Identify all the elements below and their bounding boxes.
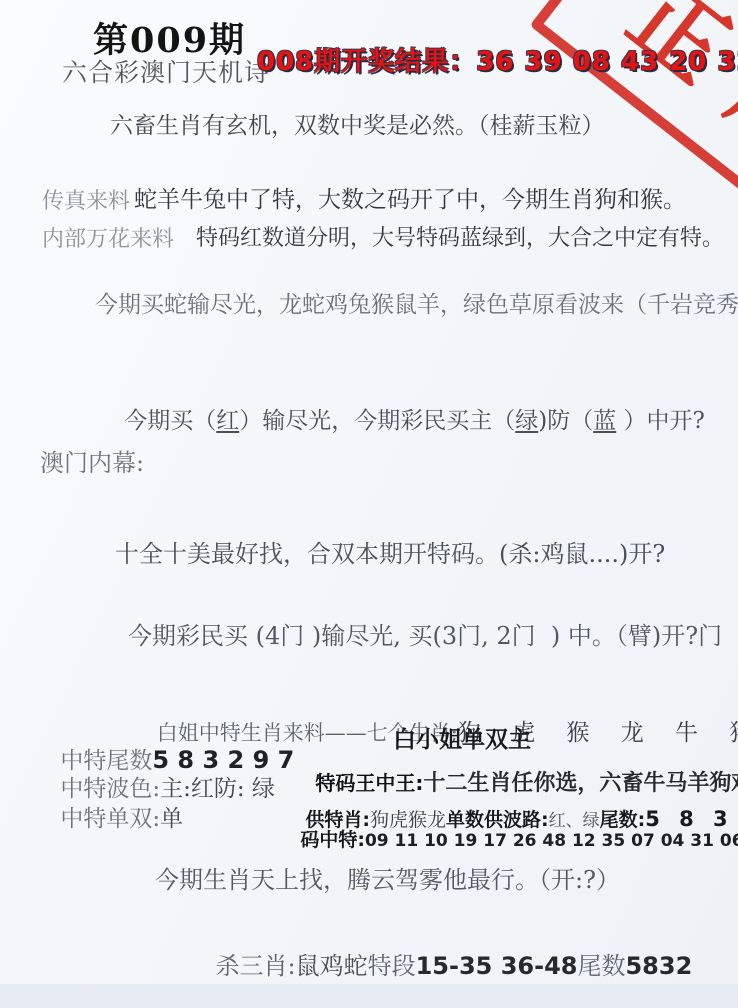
issue-title: 第009期 (93, 20, 246, 61)
internal-source-text: 特码红数道分明，大号特码蓝绿到，大合之中定有特。 (196, 226, 724, 252)
lottery-name: 六合彩澳门天机诗 (62, 58, 270, 88)
kill-tail-label: 尾数 (577, 952, 625, 980)
color-advice-part-3: )防（ (538, 408, 593, 434)
fax-source-label: 传真来料 (42, 189, 130, 215)
color-advice-part-1: 今期买（ (124, 408, 216, 434)
poem-line-1: 六畜生肖有玄机，双数中奖是必然。（桂薪玉粒） (110, 113, 605, 140)
lottery-tip-sheet: 正 版 第009期 六合彩澳门天机诗 008期开奖结果：36 39 08 43 … (0, 0, 738, 1008)
ten-perfect-line: 十全十美最好找，合双本期开特码。(杀:鸡鼠....)开? (115, 540, 665, 568)
stat-odd-even-row: 中特单双:单 (40, 787, 183, 852)
internal-source-label: 内部万花来料 (42, 227, 174, 253)
kill-tail-value: 5832 (625, 952, 692, 980)
segment-ranges: 15-35 36-48 (416, 952, 578, 980)
previous-draw-result: 008期开奖结果：36 39 08 43 20 32 T 46 (257, 47, 738, 78)
stat-odd-even-value: 单 (160, 806, 183, 832)
doors-advice-line: 今期彩民买 (4门 )输尽光, 买(3门, 2门 ) 中。（臂)开?门 (128, 622, 722, 650)
bottom-scan-band (0, 984, 738, 1008)
sky-poem-line: 今期生肖天上找，腾云驾雾他最行。（开:?） (155, 866, 620, 894)
special-code-label: 码中特: (300, 829, 365, 851)
blue-color-word: 蓝 (593, 408, 616, 434)
red-color-word: 红 (216, 408, 239, 434)
baixiaojie-heading: 白小姐单双主 (393, 727, 531, 754)
green-color-word: 绿 (515, 408, 538, 434)
stat-odd-even-label: 中特单双: (60, 806, 160, 832)
color-advice-line: 今期买（红）输尽光，今期彩民买主（绿)防（蓝 ）中开? (95, 381, 705, 462)
kill-label: 杀三肖: (216, 952, 296, 980)
kill-zodiacs: 鼠鸡蛇 (296, 952, 368, 980)
color-advice-part-4: ）中开? (616, 408, 705, 434)
fax-source-text: 蛇羊牛兔中了特，大数之码开了中，今期生肖狗和猴。 (134, 187, 686, 214)
color-advice-part-2: ）输尽光，今期彩民买主（ (239, 408, 515, 434)
segment-label: 特段 (368, 952, 416, 980)
special-code-numbers: 09 11 10 19 17 26 48 12 35 07 04 31 06 4… (365, 831, 738, 851)
macau-inside-label: 澳门内幕: (40, 449, 144, 477)
poem-line-2: 今期买蛇输尽光，龙蛇鸡兔猴鼠羊，绿色草原看波来（千岩竞秀） (95, 292, 738, 319)
special-code-line: 码中特:09 11 10 19 17 26 48 12 35 07 04 31 … (280, 810, 738, 870)
